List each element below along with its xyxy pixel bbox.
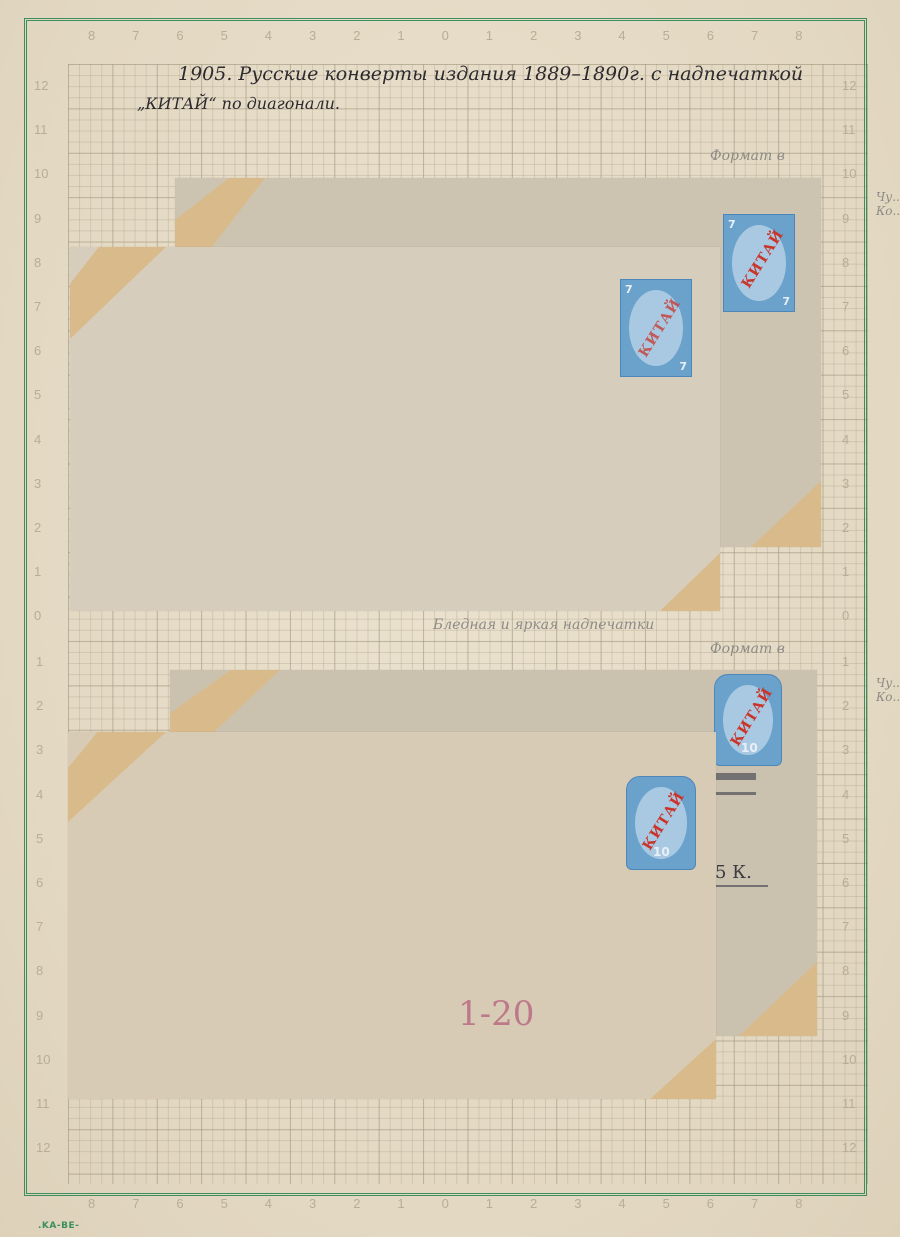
corner-mount: [170, 670, 280, 732]
ruler-label: 6: [34, 343, 41, 358]
format-note-2: Формат в: [710, 641, 785, 657]
ruler-label: 11: [34, 122, 48, 137]
ruler-label: 6: [36, 875, 43, 890]
ruler-label: 6: [842, 875, 849, 890]
ruler-label: 5: [221, 1196, 228, 1211]
ruler-label: 5: [221, 28, 228, 43]
stamp-7-kop: 7 7 КИТАЙ: [620, 279, 692, 377]
ruler-label: 4: [265, 28, 272, 43]
ruler-label: 3: [574, 1196, 581, 1211]
ruler-label: 3: [842, 476, 849, 491]
stamp-7-kop: 7 7 КИТАЙ: [723, 214, 795, 312]
cancel-bar: [712, 792, 756, 795]
envelope-2-front: 10 КИТАЙ 1-20: [68, 732, 716, 1099]
ruler-label: 1: [486, 28, 493, 43]
ruler-label: 7: [842, 299, 849, 314]
ruler-label: 8: [36, 963, 43, 978]
format-note-1: Формат в: [710, 148, 785, 164]
ruler-label: 12: [36, 1140, 50, 1155]
ruler-label: 2: [34, 520, 41, 535]
ruler-label: 12: [842, 1140, 856, 1155]
ruler-label: 7: [34, 299, 41, 314]
ruler-label: 4: [34, 432, 41, 447]
ruler-label: 5: [663, 28, 670, 43]
cancel-bar: [712, 773, 756, 780]
ruler-label: 9: [36, 1008, 43, 1023]
ruler-label: 10: [842, 1052, 856, 1067]
ruler-label: 0: [34, 608, 41, 623]
ruler-label: 6: [176, 1196, 183, 1211]
ruler-label: 10: [842, 166, 856, 181]
publisher-mark: .KA-BE-: [38, 1221, 79, 1231]
ruler-label: 4: [842, 787, 849, 802]
ruler-label: 1: [842, 564, 849, 579]
ruler-label: 1: [486, 1196, 493, 1211]
ruler-label: 3: [842, 742, 849, 757]
corner-mount: [175, 178, 265, 248]
ruler-label: 8: [795, 1196, 802, 1211]
ruler-label: 4: [618, 1196, 625, 1211]
ruler-label: 10: [34, 166, 48, 181]
caption-pale-bright: Бледная и яркая надпечатки: [433, 617, 654, 633]
page-title-line-1: 1905. Русские конверты издания 1889–1890…: [178, 63, 803, 85]
ruler-label: 9: [842, 211, 849, 226]
ruler-label: 9: [34, 211, 41, 226]
margin-note-2: Чу... Ко...: [876, 676, 900, 704]
ruler-label: 8: [88, 28, 95, 43]
ruler-label: 1: [36, 654, 43, 669]
corner-mount: [739, 962, 817, 1036]
margin-note-1: Чу... Ко...: [876, 190, 900, 218]
page-title-line-2: „КИТАЙ“ по диагонали.: [137, 94, 340, 113]
ruler-label: 2: [842, 520, 849, 535]
ruler-label: 0: [442, 28, 449, 43]
ruler-label: 3: [36, 742, 43, 757]
ruler-label: 7: [132, 1196, 139, 1211]
ruler-label: 7: [36, 919, 43, 934]
ruler-label: 10: [36, 1052, 50, 1067]
corner-mount: [751, 481, 821, 547]
ruler-label: 1: [397, 1196, 404, 1211]
ruler-label: 6: [707, 1196, 714, 1211]
ruler-label: 11: [842, 1096, 856, 1111]
corner-mount: [660, 553, 720, 611]
ruler-label: 12: [842, 78, 856, 93]
ruler-label: 2: [530, 1196, 537, 1211]
corner-mount: [68, 732, 166, 822]
ruler-label: 2: [353, 1196, 360, 1211]
postage-mark: 5 К.: [715, 862, 752, 883]
ruler-label: 5: [36, 831, 43, 846]
ruler-label: 2: [842, 698, 849, 713]
ruler-label: 1: [842, 654, 849, 669]
ruler-label: 2: [530, 28, 537, 43]
stamp-value: 7: [728, 218, 736, 231]
envelope-1-front: 7 7 КИТАЙ: [70, 247, 720, 611]
ruler-label: 2: [36, 698, 43, 713]
ruler-label: 8: [88, 1196, 95, 1211]
ruler-label: 6: [176, 28, 183, 43]
ruler-label: 4: [618, 28, 625, 43]
stamp-value: 7: [782, 295, 790, 308]
ruler-label: 8: [795, 28, 802, 43]
ruler-label: 3: [574, 28, 581, 43]
ruler-label: 1: [34, 564, 41, 579]
ruler-label: 4: [36, 787, 43, 802]
ruler-label: 6: [842, 343, 849, 358]
album-page: 87654321012345678 87654321012345678 1211…: [0, 0, 900, 1237]
ruler-label: 7: [842, 919, 849, 934]
ruler-label: 8: [842, 255, 849, 270]
ruler-label: 4: [265, 1196, 272, 1211]
ruler-label: 8: [842, 963, 849, 978]
ruler-label: 12: [34, 78, 48, 93]
ruler-label: 5: [34, 387, 41, 402]
stamp-10-kop: 10 КИТАЙ: [714, 674, 782, 766]
ruler-label: 7: [751, 28, 758, 43]
violet-handstamp: 1-20: [458, 994, 534, 1034]
ruler-label: 11: [842, 122, 856, 137]
corner-mount: [70, 247, 166, 339]
ruler-label: 5: [842, 831, 849, 846]
ruler-label: 3: [309, 28, 316, 43]
ruler-label: 11: [36, 1096, 50, 1111]
ruler-label: 1: [397, 28, 404, 43]
underline: [710, 885, 768, 887]
ruler-label: 5: [663, 1196, 670, 1211]
ruler-label: 7: [751, 1196, 758, 1211]
ruler-label: 8: [34, 255, 41, 270]
ruler-label: 7: [132, 28, 139, 43]
ruler-label: 6: [707, 28, 714, 43]
stamp-10-kop: 10 КИТАЙ: [626, 776, 696, 870]
ruler-label: 2: [353, 28, 360, 43]
ruler-label: 4: [842, 432, 849, 447]
ruler-label: 3: [34, 476, 41, 491]
ruler-label: 3: [309, 1196, 316, 1211]
ruler-label: 9: [842, 1008, 849, 1023]
ruler-label: 0: [842, 608, 849, 623]
stamp-value: 7: [679, 360, 687, 373]
ruler-label: 0: [442, 1196, 449, 1211]
ruler-label: 5: [842, 387, 849, 402]
stamp-value: 7: [625, 283, 633, 296]
corner-mount: [650, 1039, 716, 1099]
